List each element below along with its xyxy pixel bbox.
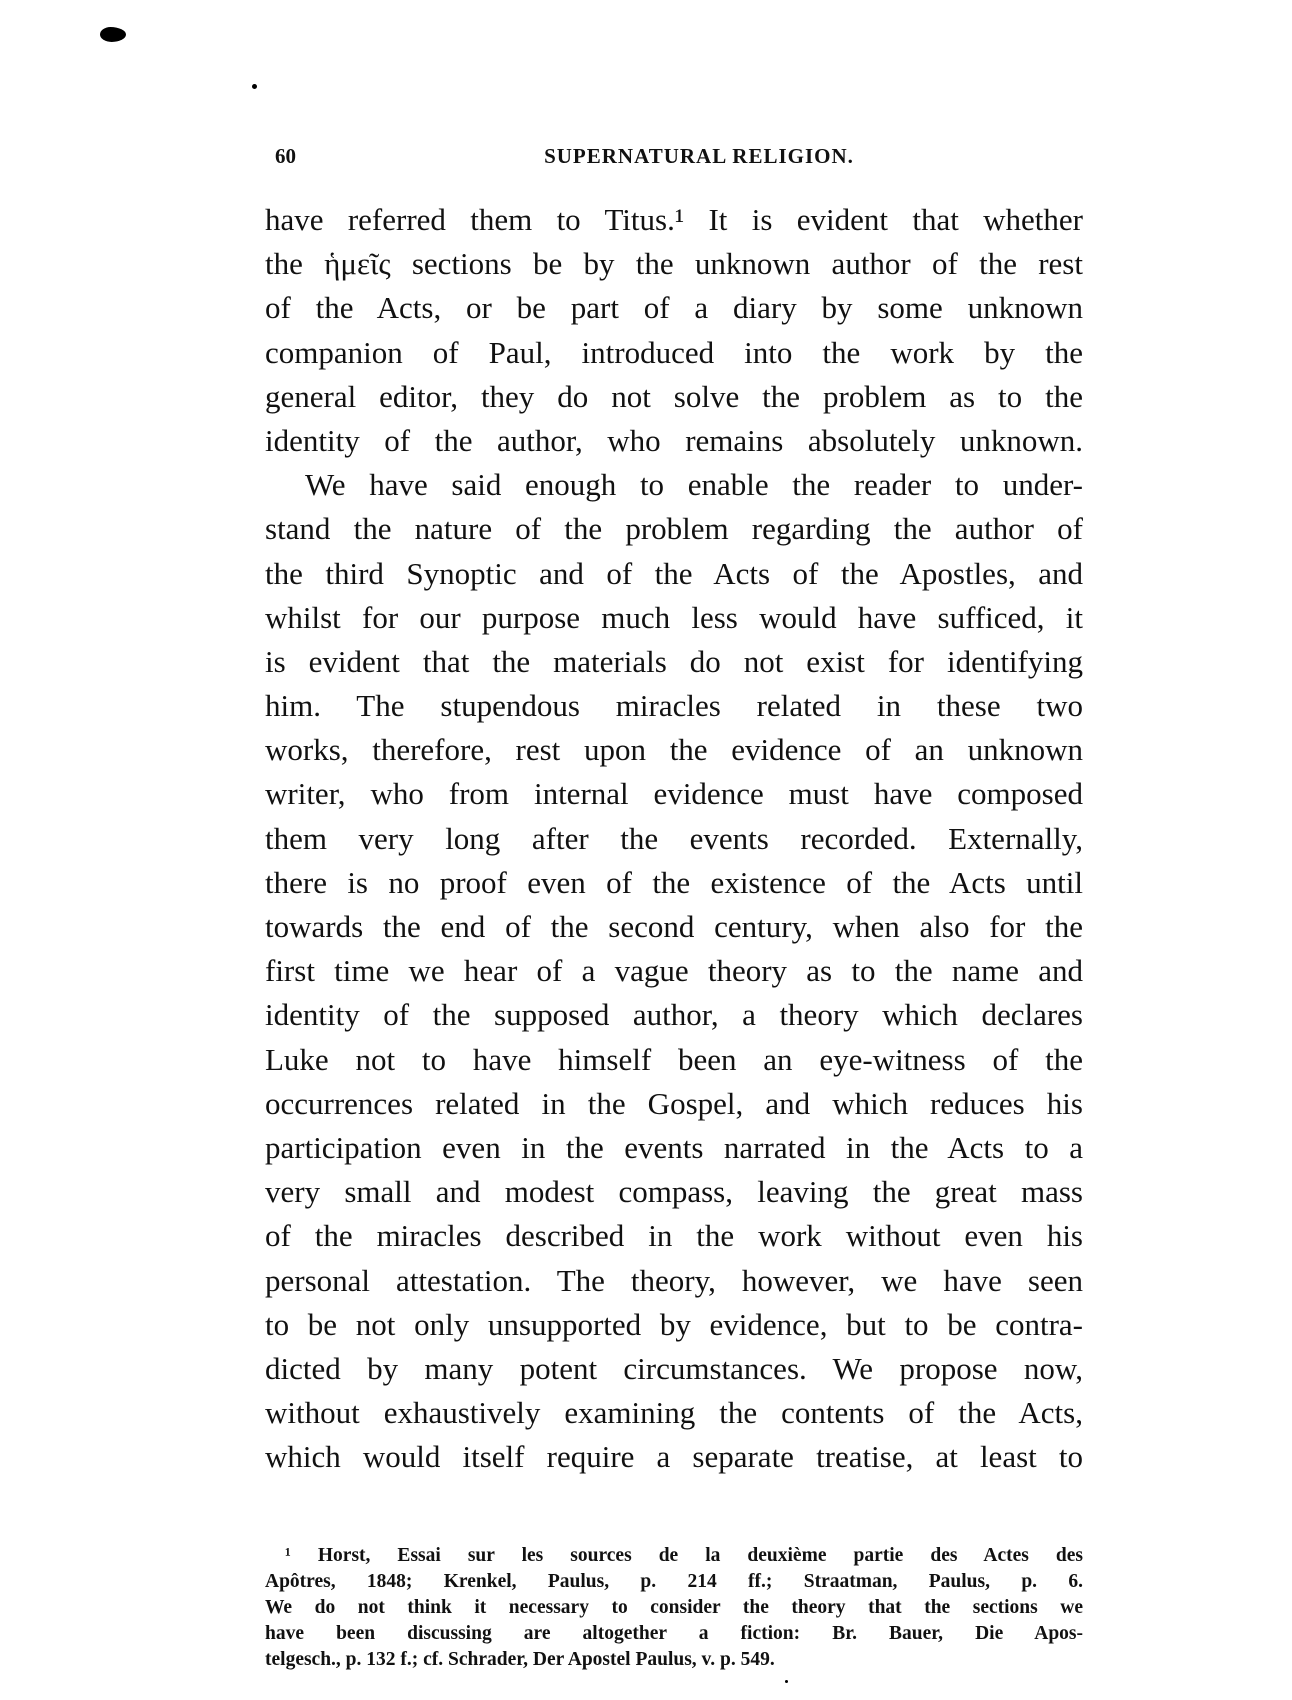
footnote-line: We do not think it necessary to consider… <box>265 1595 1083 1621</box>
body-text: have referred them to Titus.¹ It is evid… <box>265 198 1083 1479</box>
text-line: the ἡμεῖς sections be by the unknown aut… <box>265 242 1083 286</box>
text-line: general editor, they do not solve the pr… <box>265 375 1083 419</box>
text-line: whilst for our purpose much less would h… <box>265 596 1083 640</box>
text-line: stand the nature of the problem regardin… <box>265 507 1083 551</box>
footnote-line: have been discussing are altogether a fi… <box>265 1621 1083 1647</box>
text-line: occurrences related in the Gospel, and w… <box>265 1082 1083 1126</box>
running-title: SUPERNATURAL RELIGION. <box>275 144 1083 169</box>
text-line: to be not only unsupported by evidence, … <box>265 1303 1083 1347</box>
text-line: first time we hear of a vague theory as … <box>265 949 1083 993</box>
text-line: them very long after the events recorded… <box>265 817 1083 861</box>
footnote-line: Apôtres, 1848; Krenkel, Paulus, p. 214 f… <box>265 1569 1083 1595</box>
stray-dot-mark <box>252 84 257 89</box>
text-line: Luke not to have himself been an eye-wit… <box>265 1038 1083 1082</box>
text-line: writer, who from internal evidence must … <box>265 772 1083 816</box>
text-line: towards the end of the second century, w… <box>265 905 1083 949</box>
text-line: him. The stupendous miracles related in … <box>265 684 1083 728</box>
text-line: dicted by many potent circumstances. We … <box>265 1347 1083 1391</box>
text-line: without exhaustively examining the conte… <box>265 1391 1083 1435</box>
text-line: personal attestation. The theory, howeve… <box>265 1259 1083 1303</box>
text-line: is evident that the materials do not exi… <box>265 640 1083 684</box>
text-line: works, therefore, rest upon the evidence… <box>265 728 1083 772</box>
paragraph-start-line: We have said enough to enable the reader… <box>265 463 1083 507</box>
text-line: of the miracles described in the work wi… <box>265 1214 1083 1258</box>
footnote-line: ¹ Horst, Essai sur les sources de la deu… <box>265 1543 1083 1569</box>
text-line: have referred them to Titus.¹ It is evid… <box>265 198 1083 242</box>
text-line: identity of the supposed author, a theor… <box>265 993 1083 1037</box>
text-line: which would itself require a separate tr… <box>265 1435 1083 1479</box>
text-line: the third Synoptic and of the Acts of th… <box>265 552 1083 596</box>
page-header: 60 SUPERNATURAL RELIGION. <box>275 144 1083 174</box>
text-line: identity of the author, who remains abso… <box>265 419 1083 463</box>
text-line: there is no proof even of the existence … <box>265 861 1083 905</box>
ink-blot-mark <box>100 27 126 42</box>
stray-dot-mark <box>785 1680 788 1683</box>
text-line: participation even in the events narrate… <box>265 1126 1083 1170</box>
text-line: companion of Paul, introduced into the w… <box>265 331 1083 375</box>
footnote-line: telgesch., p. 132 f.; cf. Schrader, Der … <box>265 1647 1083 1673</box>
text-line: of the Acts, or be part of a diary by so… <box>265 286 1083 330</box>
text-line: very small and modest compass, leaving t… <box>265 1170 1083 1214</box>
footnotes: ¹ Horst, Essai sur les sources de la deu… <box>265 1543 1083 1673</box>
